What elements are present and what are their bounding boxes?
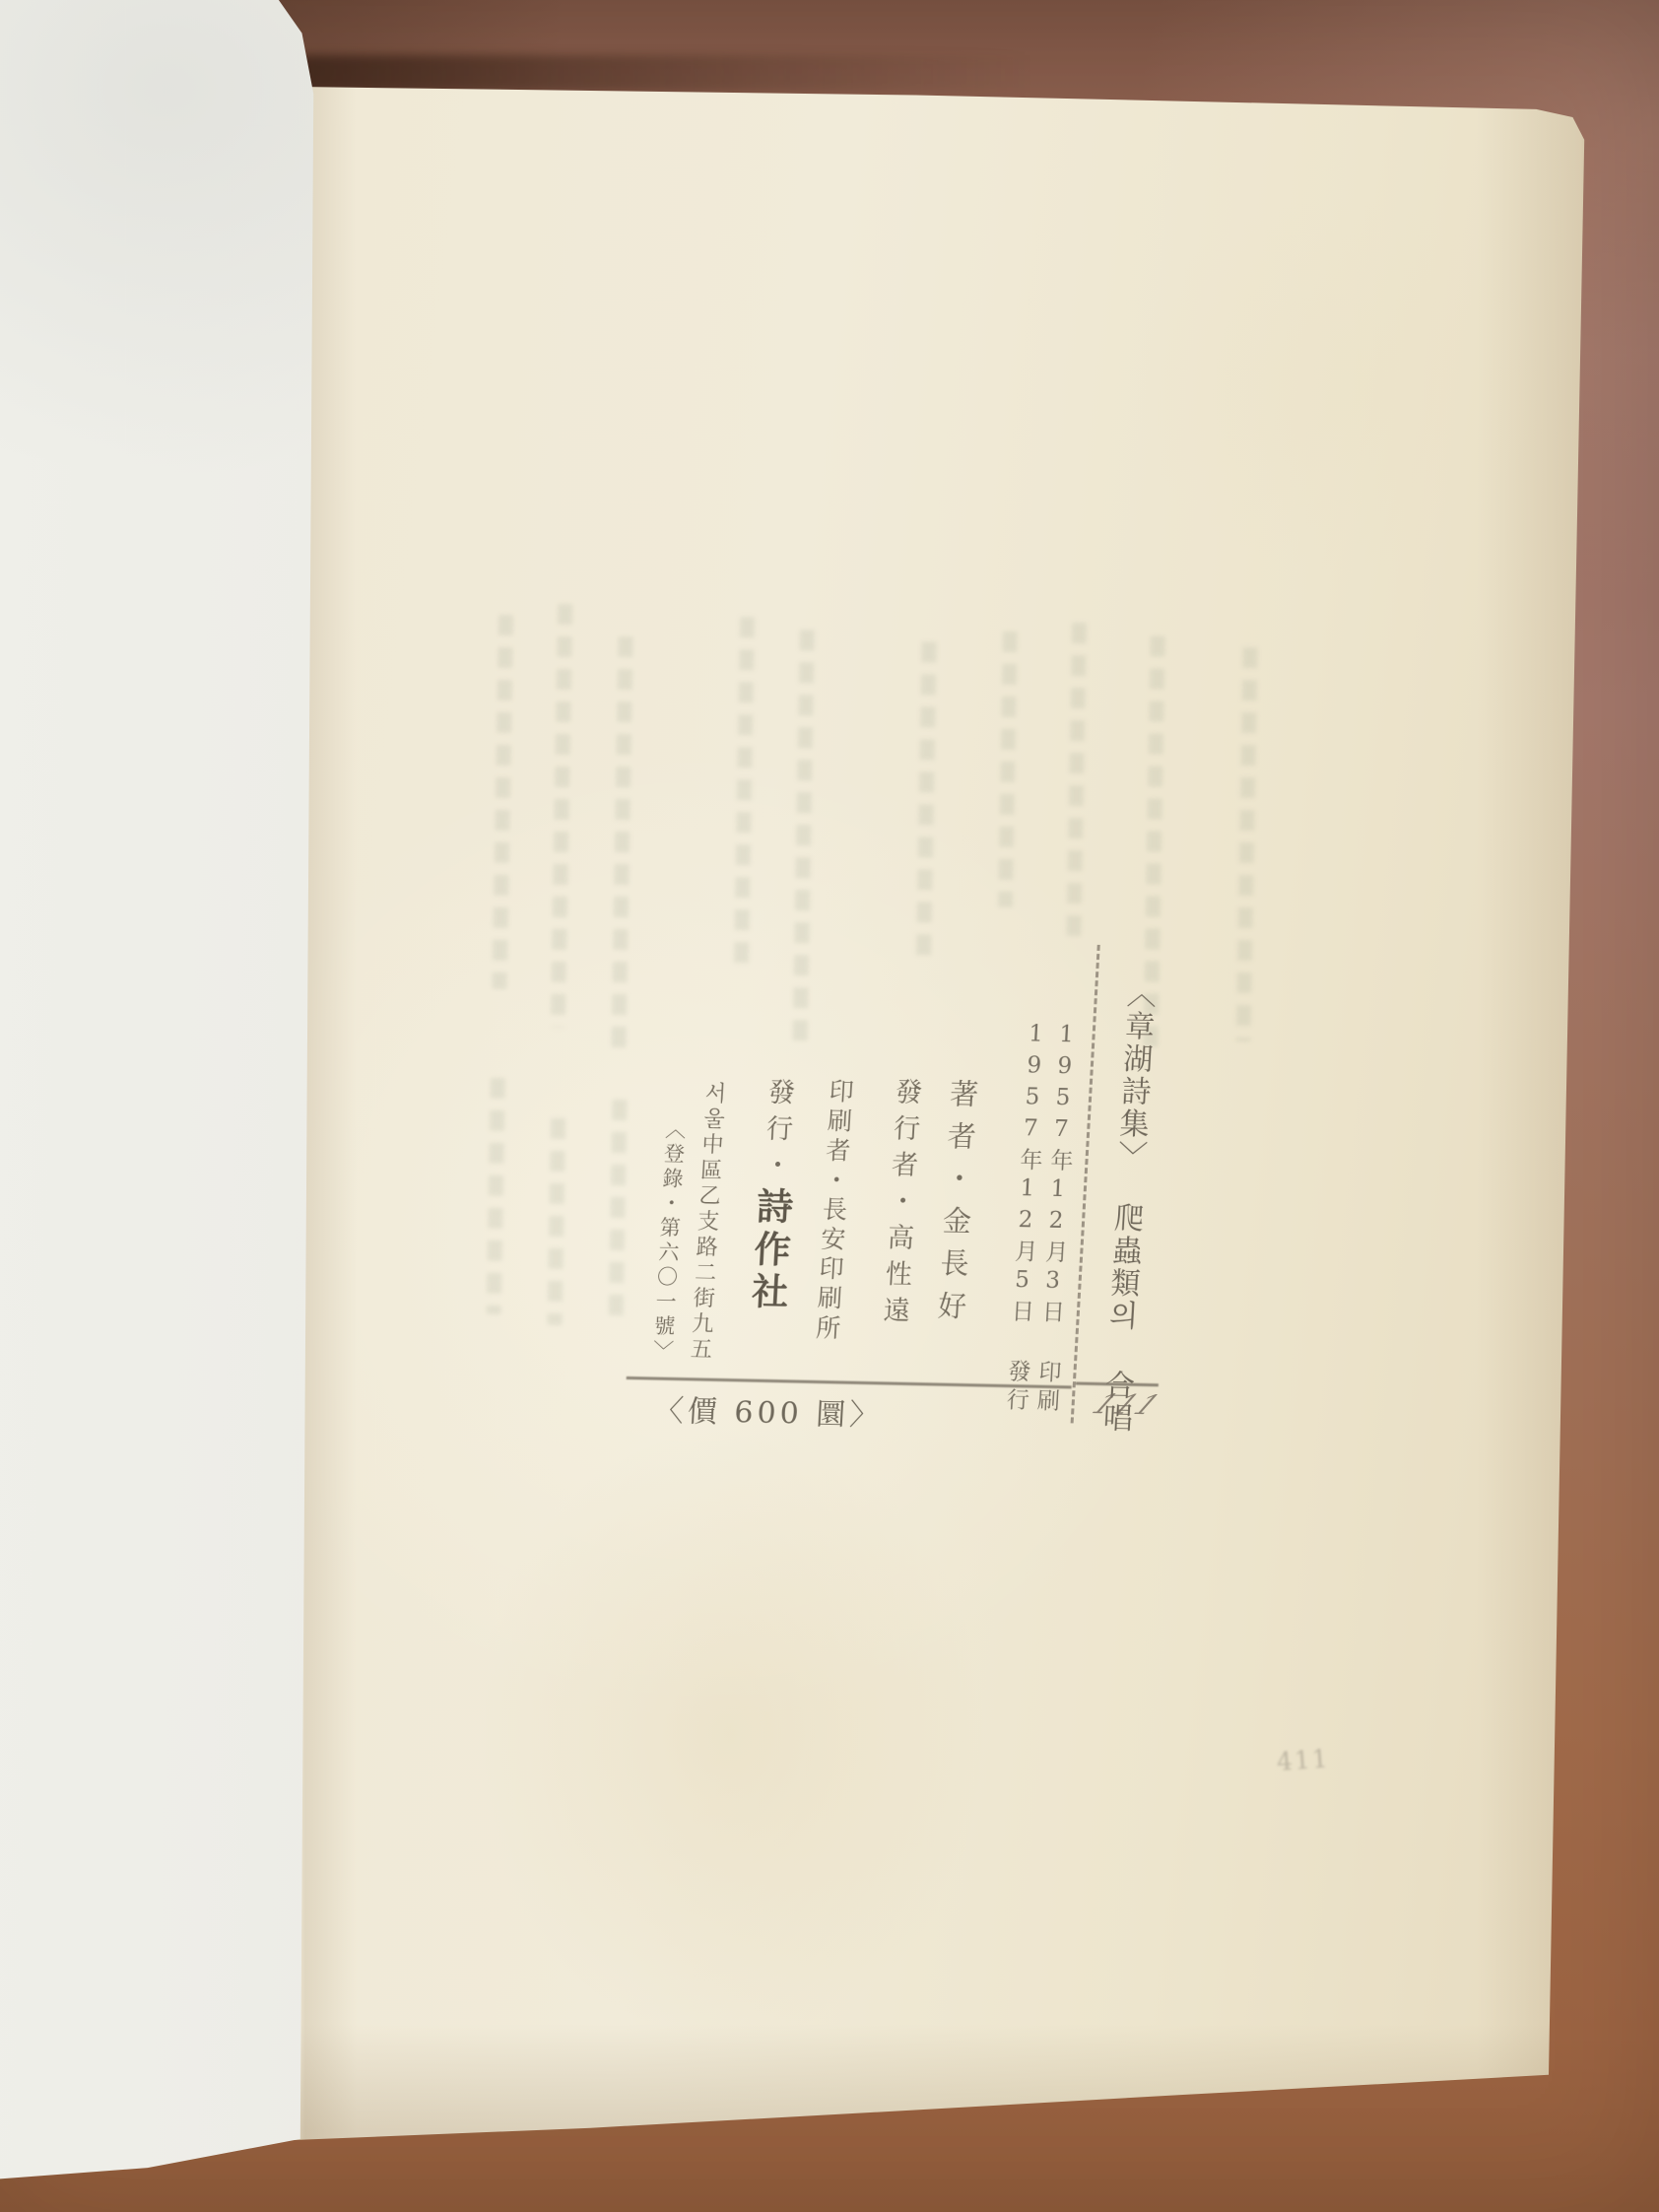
book-photo: 〈章湖詩集〉爬蟲類의 合唱 1957年12月3日 印刷 1957年12月5日 發… (0, 0, 1659, 2212)
ghost-text-column (551, 604, 573, 1028)
registration-column: 〈登錄・第六〇一號〉 (646, 1118, 690, 1369)
price-line: 〈價 600 圜〉 (653, 1386, 885, 1435)
colophon-block: 〈章湖詩集〉爬蟲類의 合唱 1957年12月3日 印刷 1957年12月5日 發… (575, 909, 1247, 1494)
address-column: 서울中區乙支路二街九五 (683, 1081, 729, 1367)
ghost-text-column (487, 1078, 505, 1314)
author-column: 著者・金長好 (929, 1079, 984, 1344)
publisher-column: 發行・詩作社 (738, 1078, 806, 1347)
ghost-text-column (548, 1118, 566, 1325)
publisher-prefix: 發行・ (759, 1078, 795, 1188)
page-top-shadow (284, 55, 1032, 93)
ghost-text-column (998, 632, 1018, 907)
printer-column: 印刷者・長安印刷所 (808, 1078, 858, 1344)
faint-pencil-mark: 411 (1276, 1744, 1331, 1776)
issuer-column: 發行者・高性遠 (873, 1077, 926, 1340)
book-title-column: 〈章湖詩集〉爬蟲類의 合唱 (1095, 977, 1161, 1384)
paper-stain (473, 1429, 985, 2040)
series-title: 〈章湖詩集〉 (1111, 977, 1157, 1173)
ghost-text-column (1066, 623, 1087, 948)
ghost-text-column (492, 615, 513, 989)
publisher-name: 詩作社 (745, 1187, 795, 1315)
title-gap (1126, 1173, 1128, 1203)
